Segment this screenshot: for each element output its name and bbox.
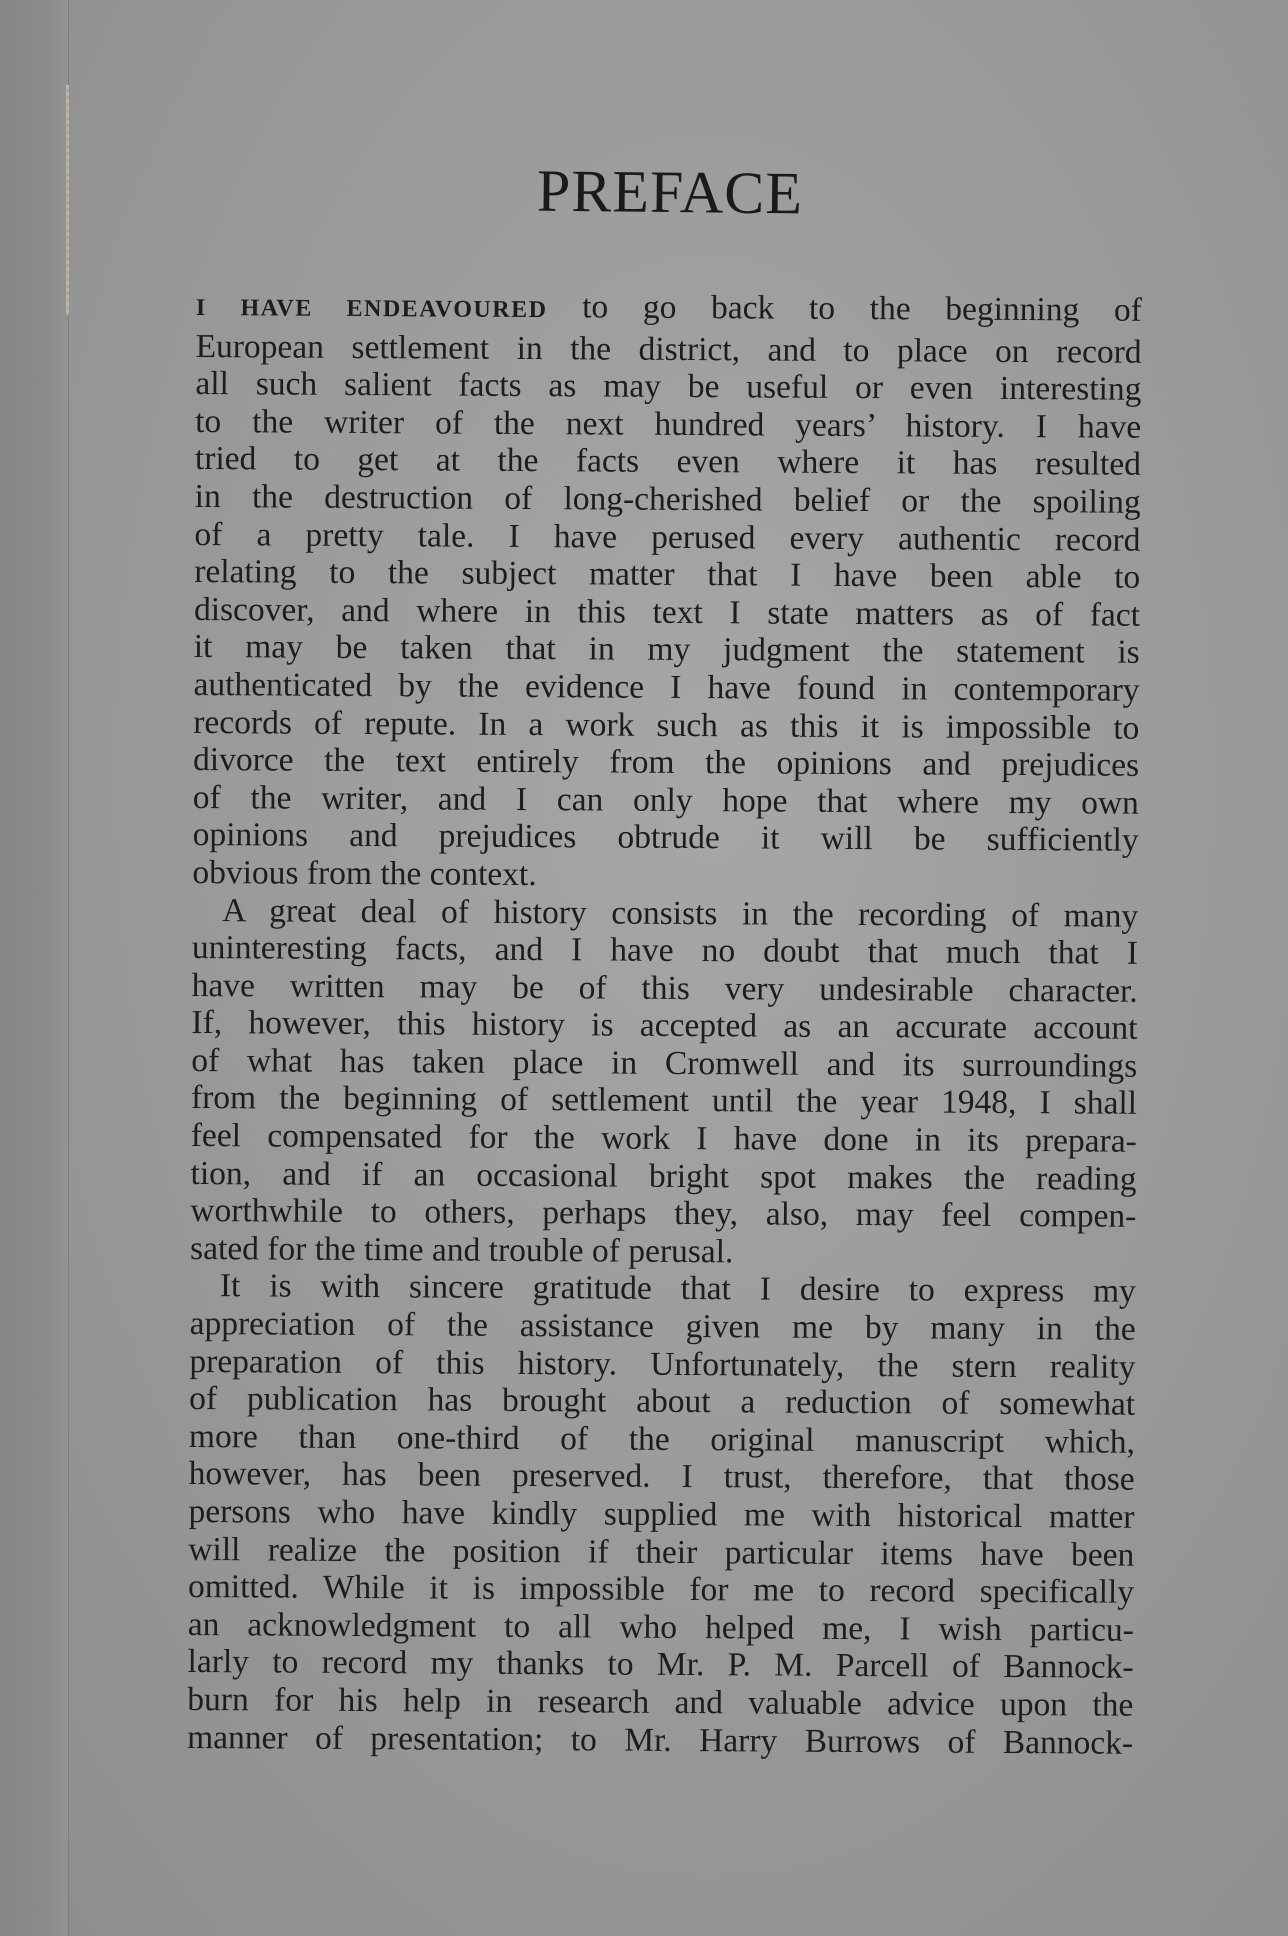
text-line: sated for the time and trouble of perusa… — [190, 1230, 1136, 1273]
text-line: preparation of this history. Unfortunate… — [189, 1343, 1135, 1386]
paragraph-3: It is with sincere gratitude that I desi… — [187, 1267, 1136, 1761]
paragraph-1: I HAVE ENDEAVOURED to go back to the beg… — [192, 286, 1142, 897]
text-line: burn for his help in research and valuab… — [187, 1681, 1133, 1724]
text-line: an acknowledgment to all who helped me, … — [188, 1606, 1134, 1649]
text-line: have written may be of this very undesir… — [192, 967, 1138, 1010]
text-line: of publication has brought about a reduc… — [189, 1380, 1135, 1423]
text-line: all such salient facts as may be useful … — [195, 365, 1141, 408]
text-line: to the writer of the next hundred years’… — [195, 403, 1141, 446]
text-line: of what has taken place in Cromwell and … — [191, 1042, 1137, 1085]
text-line: however, has been preserved. I trust, th… — [189, 1455, 1135, 1498]
text-line: uninteresting facts, and I have no doubt… — [192, 929, 1138, 972]
text-line: will realize the position if their parti… — [188, 1531, 1134, 1574]
text-line: omitted. While it is impossible for me t… — [188, 1568, 1134, 1611]
text-line: in the destruction of long-cherished bel… — [195, 478, 1141, 521]
text-line: It is with sincere gratitude that I desi… — [190, 1267, 1136, 1310]
text-line: European settlement in the district, and… — [196, 328, 1142, 371]
text-line: feel compensated for the work I have don… — [191, 1117, 1137, 1160]
text-line: of a pretty tale. I have perused every a… — [194, 516, 1140, 559]
text-line: opinions and prejudices obtrude it will … — [193, 816, 1139, 859]
text-line: authenticated by the evidence I have fou… — [193, 666, 1139, 709]
text-line: obvious from the context. — [192, 854, 1138, 897]
text-line: A great deal of history consists in the … — [192, 891, 1138, 934]
page-title: PREFACE — [0, 151, 1288, 233]
text-line: tried to get at the facts even where it … — [195, 440, 1141, 483]
text-line: relating to the subject matter that I ha… — [194, 553, 1140, 596]
text-line: manner of presentation; to Mr. Harry Bur… — [187, 1719, 1133, 1762]
text-line: discover, and where in this text I state… — [194, 591, 1140, 634]
paragraph-2: A great deal of history consists in the … — [190, 891, 1138, 1273]
text-line: of the writer, and I can only hope that … — [193, 779, 1139, 822]
text-line: persons who have kindly supplied me with… — [188, 1493, 1134, 1536]
text-line: worthwhile to others, perhaps they, also… — [190, 1192, 1136, 1235]
opening-smallcaps: I HAVE ENDEAVOURED — [196, 295, 548, 323]
text-line: tion, and if an occasional bright spot m… — [190, 1155, 1136, 1198]
preface-body: I HAVE ENDEAVOURED to go back to the beg… — [187, 286, 1142, 1762]
text-line: I HAVE ENDEAVOURED to go back to the beg… — [196, 286, 1142, 333]
text-line: more than one-third of the original manu… — [189, 1418, 1135, 1461]
text-line: records of repute. In a work such as thi… — [193, 704, 1139, 747]
text-line: appreciation of the assistance given me … — [190, 1305, 1136, 1348]
book-gutter — [0, 0, 69, 1936]
text-line: it may be taken that in my judgment the … — [194, 628, 1140, 671]
text-line: larly to record my thanks to Mr. P. M. P… — [187, 1643, 1133, 1686]
book-page: PREFACE I HAVE ENDEAVOURED to go back to… — [0, 0, 1288, 1936]
text-line: divorce the text entirely from the opini… — [193, 741, 1139, 784]
text-line: If, however, this history is accepted as… — [191, 1004, 1137, 1047]
text-line: from the beginning of settlement until t… — [191, 1079, 1137, 1122]
